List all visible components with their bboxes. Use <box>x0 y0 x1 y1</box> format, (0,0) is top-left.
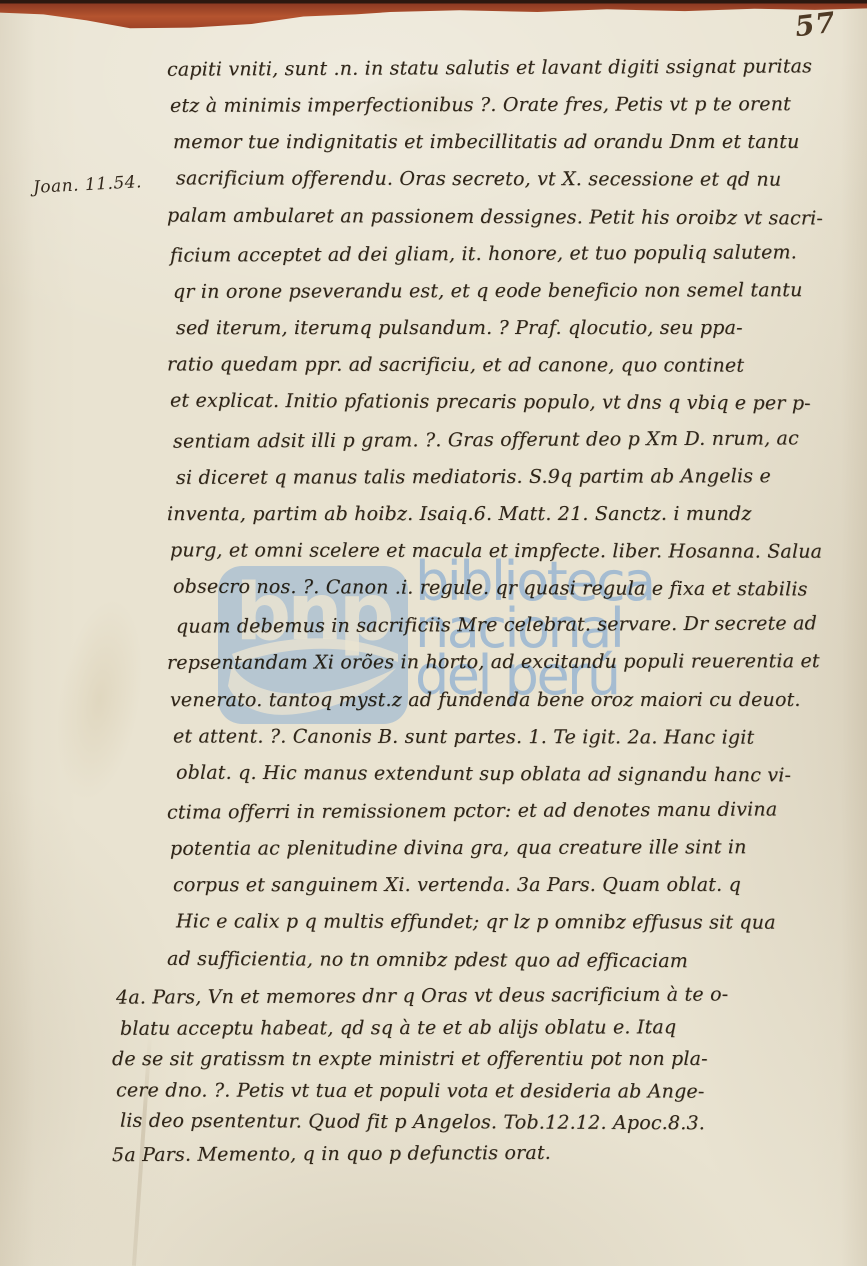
manuscript-line: 4a. Pars, Vn et memores dnr q Oras vt de… <box>116 983 728 1008</box>
watermark-line: del perú <box>415 652 654 699</box>
manuscript-line: Hic e calix p q multis effundet; qr lz p… <box>176 911 776 934</box>
manuscript-line: ad sufficientia, no tn omnibz pdest quo … <box>167 947 688 971</box>
manuscript-line: ratio quedam ppr. ad sacrificiu, et ad c… <box>167 354 744 377</box>
manuscript-line: palam ambularet an passionem dessignes. … <box>167 204 823 229</box>
manuscript-line: sacrificium offerendu. Oras secreto, vt … <box>176 168 781 191</box>
manuscript-line: inventa, partim ab hoibz. Isaiq.6. Matt.… <box>167 503 752 525</box>
manuscript-line: capiti vniti, sunt .n. in statu salutis … <box>167 55 812 80</box>
manuscript-line: si diceret q manus talis mediatoris. S.9… <box>176 465 771 489</box>
manuscript-line: sed iterum, iterumq pulsandum. ? Praf. q… <box>176 317 743 339</box>
manuscript-line: etz à minimis imperfectionibus ?. Orate … <box>170 93 791 117</box>
manuscript-line: corpus et sanguinem Xi. vertenda. 3a Par… <box>173 874 741 896</box>
bnp-logo: bnp <box>218 566 408 724</box>
watermark-text: biblioteca nacional del perú <box>415 558 654 699</box>
manuscript-line: ficium acceptet ad dei gliam, it. honore… <box>170 241 797 266</box>
manuscript-line: sentiam adsit illi p gram. ?. Gras offer… <box>173 427 799 452</box>
manuscript-line: cere dno. ?. Petis vt tua et populi vota… <box>116 1079 705 1102</box>
manuscript-line: qr in orone pseverandu est, et q eode be… <box>173 279 803 303</box>
manuscript-line: memor tue indignitatis et imbecillitatis… <box>173 131 800 153</box>
manuscript-page: 57 Joan. 11.54. capiti vniti, sunt .n. i… <box>0 0 867 1266</box>
manuscript-line: blatu acceptu habeat, qd sq à te et ab a… <box>120 1016 676 1040</box>
manuscript-line: potentia ac plenitudine divina gra, qua … <box>170 836 747 860</box>
manuscript-line: 5a Pars. Memento, q in quo p defunctis o… <box>112 1142 551 1166</box>
manuscript-line: oblat. q. Hic manus extendunt sup oblata… <box>176 761 791 786</box>
swoosh-icon <box>218 566 408 724</box>
manuscript-line: et attent. ?. Canonis B. sunt partes. 1.… <box>173 725 754 748</box>
manuscript-line: et explicat. Initio pfationis precaris p… <box>170 390 811 415</box>
manuscript-line: ctima offerri in remissionem pctor: et a… <box>167 798 777 823</box>
manuscript-line: de se sit gratissm tn expte ministri et … <box>112 1048 708 1070</box>
manuscript-line: lis deo psententur. Quod fit p Angelos. … <box>120 1110 705 1135</box>
